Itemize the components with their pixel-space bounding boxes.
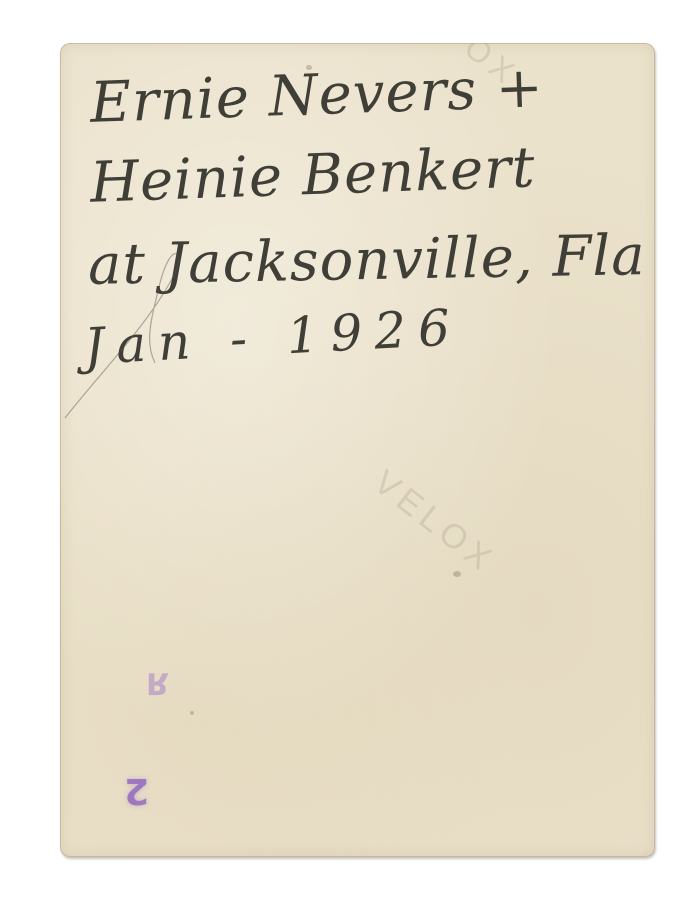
stamp-letter: R — [146, 665, 169, 700]
stamp-number: 2 — [124, 770, 149, 811]
paper-speck — [306, 65, 312, 70]
paper-speck — [453, 571, 461, 577]
handwritten-inscription: Ernie Nevers + Heinie Benkert at Jackson… — [60, 43, 655, 857]
photo-back-card: OX VELOX Ernie Nevers + Heinie Benkert a… — [60, 43, 655, 857]
paper-speck — [190, 711, 194, 715]
pencil-stroke-icon — [60, 43, 655, 857]
